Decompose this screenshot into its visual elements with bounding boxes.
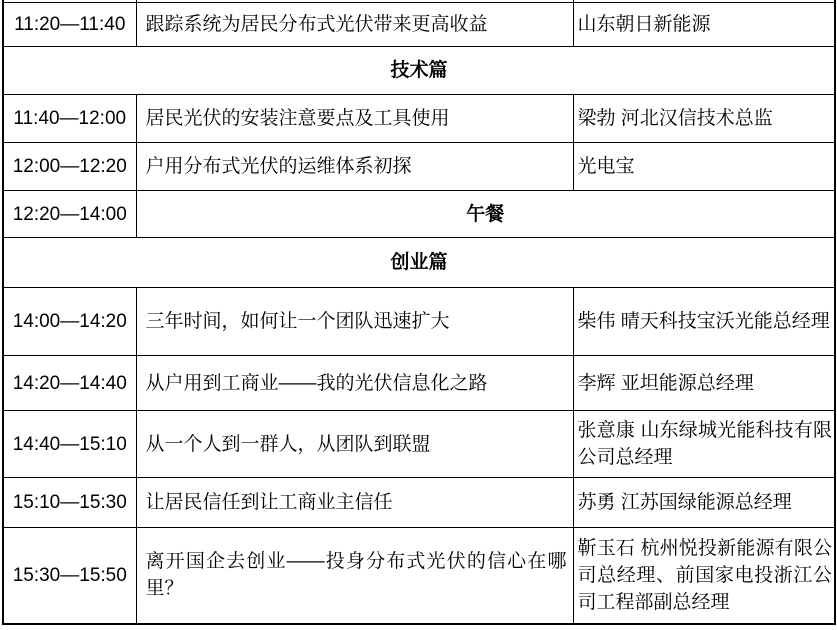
topic-cell: 从一个人到一群人，从团队到联盟 [136, 411, 573, 478]
time-cell: 11:20—11:40 [3, 3, 136, 47]
section-row: 技术篇 [3, 47, 835, 95]
topic-cell: 离开国企去创业——投身分布式光伏的信心在哪里？ [136, 528, 573, 624]
time-cell: 12:20—14:00 [3, 191, 136, 238]
speaker-cell: 靳玉石 杭州悦投新能源有限公司总经理、前国家电投浙江公司工程部副总经理 [573, 528, 835, 624]
topic-cell: 三年时间，如何让一个团队迅速扩大 [136, 288, 573, 356]
speaker-cell: 梁勃 河北汉信技术总监 [573, 95, 835, 143]
table-row: 14:20—14:40 从户用到工商业——我的光伏信息化之路 李辉 亚坦能源总经… [3, 356, 835, 411]
topic-cell: 从户用到工商业——我的光伏信息化之路 [136, 356, 573, 411]
topic-cell: 让居民信任到让工商业主信任 [136, 478, 573, 528]
speaker-cell: 光电宝 [573, 143, 835, 191]
table-row: 11:40—12:00 居民光伏的安装注意要点及工具使用 梁勃 河北汉信技术总监 [3, 95, 835, 143]
time-cell: 15:10—15:30 [3, 478, 136, 528]
speaker-cell: 山东朝日新能源 [573, 3, 835, 47]
table-row: 12:00—12:20 户用分布式光伏的运维体系初探 光电宝 [3, 143, 835, 191]
topic-cell: 户用分布式光伏的运维体系初探 [136, 143, 573, 191]
table-row: 11:20—11:40 跟踪系统为居民分布式光伏带来更高收益 山东朝日新能源 [3, 3, 835, 47]
topic-cell: 跟踪系统为居民分布式光伏带来更高收益 [136, 3, 573, 47]
speaker-cell: 苏勇 江苏国绿能源总经理 [573, 478, 835, 528]
table-row: 15:10—15:30 让居民信任到让工商业主信任 苏勇 江苏国绿能源总经理 [3, 478, 835, 528]
time-cell: 14:20—14:40 [3, 356, 136, 411]
time-cell: 15:30—15:50 [3, 528, 136, 624]
time-cell: 14:40—15:10 [3, 411, 136, 478]
agenda-table: 11:20—11:40 跟踪系统为居民分布式光伏带来更高收益 山东朝日新能源 技… [2, 0, 836, 625]
speaker-cell: 张意康 山东绿城光能科技有限公司总经理 [573, 411, 835, 478]
table-row: 14:00—14:20 三年时间，如何让一个团队迅速扩大 柴伟 晴天科技宝沃光能… [3, 288, 835, 356]
time-cell: 14:00—14:20 [3, 288, 136, 356]
topic-cell: 居民光伏的安装注意要点及工具使用 [136, 95, 573, 143]
lunch-label: 午餐 [136, 191, 835, 238]
section-title: 创业篇 [3, 238, 835, 288]
table-row: 15:30—15:50 离开国企去创业——投身分布式光伏的信心在哪里？ 靳玉石 … [3, 528, 835, 624]
section-title: 技术篇 [3, 47, 835, 95]
speaker-cell: 柴伟 晴天科技宝沃光能总经理 [573, 288, 835, 356]
speaker-cell: 李辉 亚坦能源总经理 [573, 356, 835, 411]
time-cell: 11:40—12:00 [3, 95, 136, 143]
time-cell: 12:00—12:20 [3, 143, 136, 191]
section-row: 创业篇 [3, 238, 835, 288]
lunch-row: 12:20—14:00 午餐 [3, 191, 835, 238]
table-row: 14:40—15:10 从一个人到一群人，从团队到联盟 张意康 山东绿城光能科技… [3, 411, 835, 478]
